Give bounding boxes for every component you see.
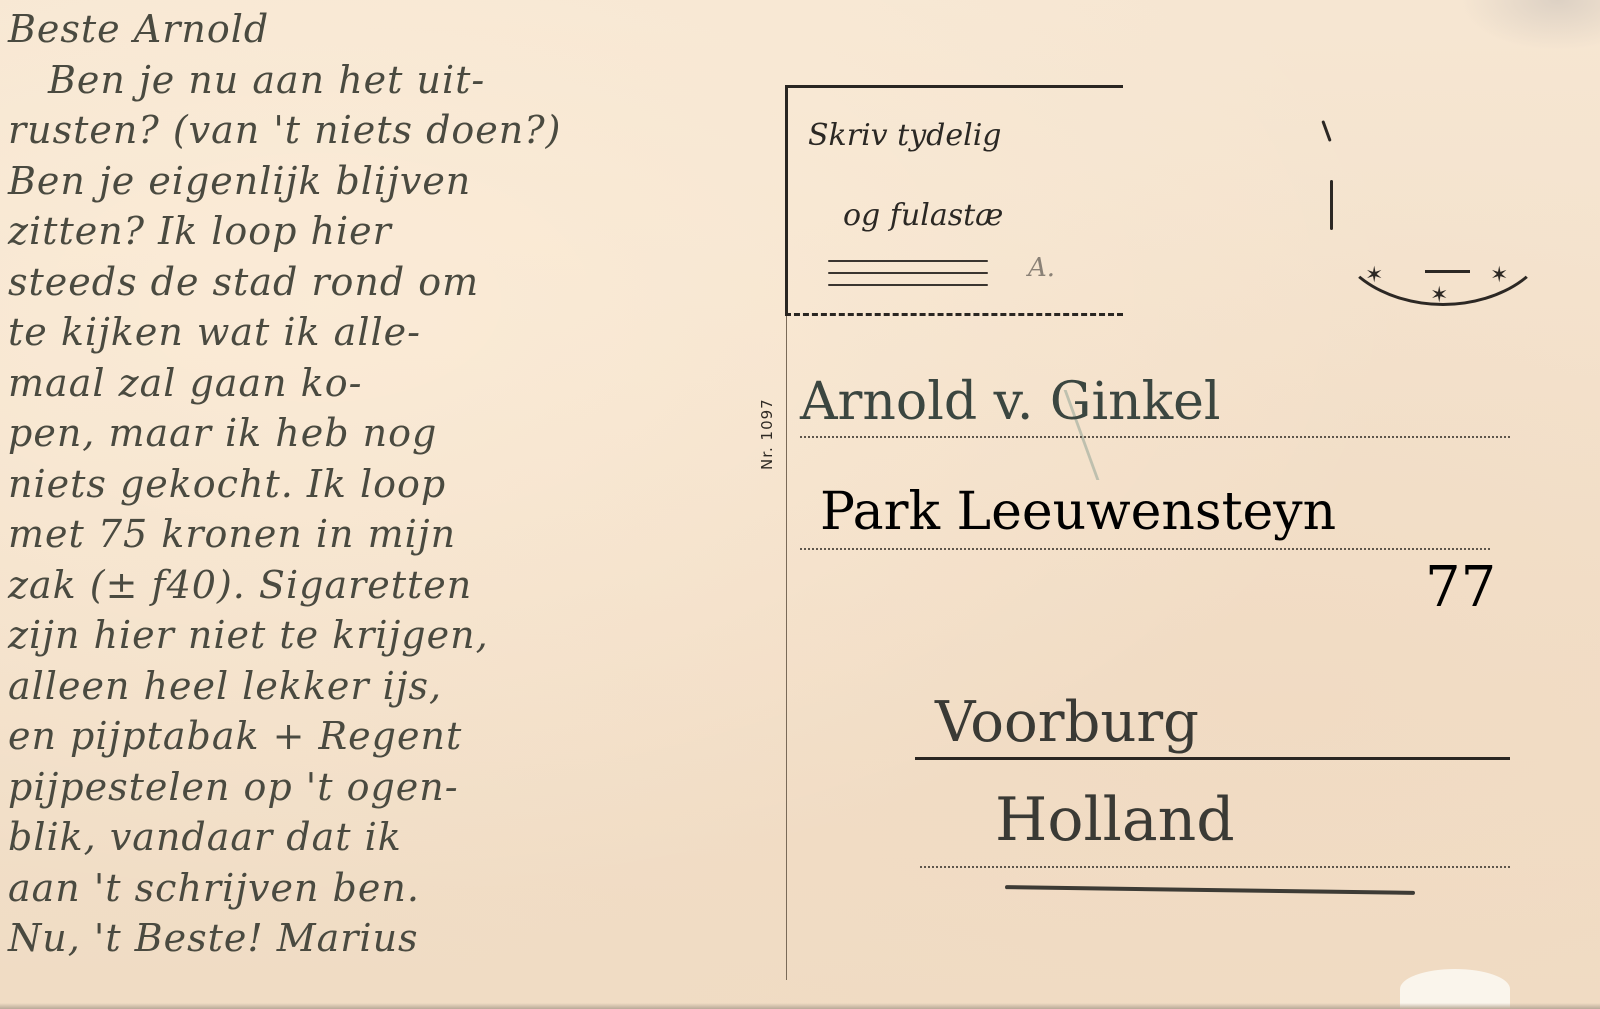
corner-wear: [1460, 0, 1600, 50]
recipient-city: Voorburg: [935, 690, 1199, 755]
message-line: zitten? Ik loop hier: [8, 206, 788, 257]
message-line: blik, vandaar dat ik: [8, 812, 788, 863]
recipient-name: Arnold v. Ginkel: [800, 372, 1221, 432]
message-line: alleen heel lekker ijs,: [8, 661, 788, 712]
wavy-line-icon: [828, 260, 988, 262]
country-underline: [1005, 885, 1415, 895]
message-line: pijpestelen op 't ogen-: [8, 762, 788, 813]
message-line: maal zal gaan ko-: [8, 358, 788, 409]
message-line: te kijken wat ik alle-: [8, 307, 788, 358]
postmark-circle: ✶ ✶ ✶: [1330, 120, 1550, 310]
recipient-country: Holland: [995, 785, 1235, 855]
message-line: en pijptabak + Regent: [8, 711, 788, 762]
message-line: pen, maar ik heb nog: [8, 408, 788, 459]
message-line: Beste Arnold: [8, 4, 788, 55]
slogan-title: Skriv tydelig: [808, 118, 1002, 153]
star-icon: ✶: [1365, 265, 1383, 287]
wavy-line-icon: [828, 284, 988, 286]
message-line: aan 't schrijven ben.: [8, 863, 788, 914]
message-line: met 75 kronen in mijn: [8, 509, 788, 560]
postal-slogan-cancel: Skriv tydelig og fulastæ A.: [785, 85, 1123, 316]
wavy-line-icon: [828, 272, 988, 274]
message-signature-line: Nu, 't Beste! Marius: [8, 913, 788, 964]
slogan-initial: A.: [1028, 253, 1055, 283]
message-line: niets gekocht. Ik loop: [8, 459, 788, 510]
address-guide-line: [800, 436, 1510, 438]
postmark-dash: [1425, 270, 1470, 273]
message-line: rusten? (van 't niets doen?): [8, 105, 788, 156]
message-line: zak (± f40). Sigaretten: [8, 560, 788, 611]
address-guide-line: [915, 757, 1510, 760]
message-line: steeds de stad rond om: [8, 257, 788, 308]
recipient-street: Park Leeuwensteyn: [820, 482, 1336, 542]
message-line: Ben je nu aan het uit-: [8, 55, 788, 106]
handwritten-message: Beste Arnold Ben je nu aan het uit- rust…: [8, 4, 788, 964]
star-icon: ✶: [1490, 265, 1508, 287]
card-number-label: Nr. 1097: [758, 398, 776, 470]
postmark-tick: [1321, 120, 1331, 142]
message-line: Ben je eigenlijk blijven: [8, 156, 788, 207]
message-line: zijn hier niet te krijgen,: [8, 610, 788, 661]
recipient-house-number: 77: [1425, 555, 1496, 620]
postcard-back: Beste Arnold Ben je nu aan het uit- rust…: [0, 0, 1600, 1009]
address-guide-line: [920, 866, 1510, 868]
card-bottom-edge: [0, 1003, 1600, 1009]
star-icon: ✶: [1430, 285, 1448, 307]
address-guide-line: [800, 548, 1490, 550]
postmark-arc: [1330, 140, 1556, 306]
slogan-subtitle: og fulastæ: [843, 198, 1003, 233]
